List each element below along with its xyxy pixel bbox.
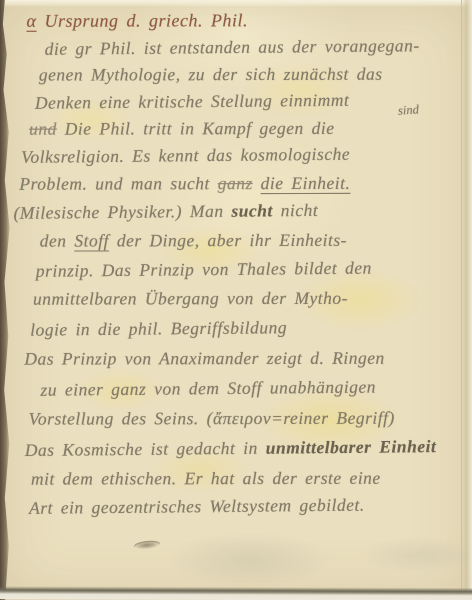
scanned-page: α Ursprung d. griech. Phil.die gr Phil. … <box>0 0 472 600</box>
text-segment: den <box>40 231 75 251</box>
text-segment-bold: unmittelbarer Einheit <box>266 436 437 458</box>
text-segment: zu einer ganz von dem Stoff unabhängigen <box>40 377 376 400</box>
text-segment: Das Prinzip von Anaximander zeigt d. Rin… <box>24 348 385 369</box>
text-segment: Problem. und man sucht <box>19 173 217 194</box>
manuscript-heading-line: α Ursprung d. griech. Phil. <box>27 10 249 32</box>
text-segment-strike: ganz <box>218 173 253 193</box>
text-segment: die gr Phil. ist entstanden aus der vora… <box>45 35 420 59</box>
text-segment: prinzip. Das Prinzip von Thales bildet d… <box>36 258 372 281</box>
manuscript-line: genen Mythologie, zu der sich zunächst d… <box>39 64 383 86</box>
text-segment: Ursprung d. griech. Phil. <box>36 10 248 31</box>
text-segment: Art ein geozentrisches Weltsystem gebild… <box>29 495 365 518</box>
text-segment: Das Kosmische ist gedacht in <box>25 438 266 460</box>
text-segment: nicht <box>273 200 319 220</box>
manuscript-line: Volksreligion. Es kennt das kosmologisch… <box>21 144 350 168</box>
manuscript-line: zu einer ganz von dem Stoff unabhängigen <box>40 377 376 401</box>
page-edge-top <box>0 0 472 7</box>
manuscript-line: logie in die phil. Begriffsbildung <box>30 317 287 340</box>
text-segment: der Dinge, aber ihr Einheits- <box>109 230 347 251</box>
text-segment: Volksreligion. Es kennt das kosmologisch… <box>21 144 350 167</box>
manuscript-line: Vorstellung des Seins. (ἄπειρον=reiner B… <box>29 408 395 430</box>
manuscript-line: Das Prinzip von Anaximander zeigt d. Rin… <box>24 348 385 370</box>
text-segment: logie in die phil. Begriffsbildung <box>30 317 287 339</box>
manuscript-line: den Stoff der Dinge, aber ihr Einheits- <box>40 230 347 252</box>
page-edge-bottom <box>0 586 472 600</box>
manuscript-line: Problem. und man sucht ganz die Einheit. <box>19 173 350 195</box>
text-segment: Vorstellung des Seins. (ἄπειρον=reiner B… <box>29 408 395 429</box>
manuscript-line: prinzip. Das Prinzip von Thales bildet d… <box>36 258 372 282</box>
text-segment: unmittelbaren Übergang von der Mytho- <box>33 288 348 309</box>
text-segment-bold: sucht <box>231 200 273 220</box>
manuscript-lines: α Ursprung d. griech. Phil.die gr Phil. … <box>0 0 472 600</box>
manuscript-line: mit dem ethischen. Er hat als der erste … <box>31 468 381 490</box>
text-segment: (Milesische Physiker.) Man <box>13 201 231 223</box>
text-segment: mit dem ethischen. Er hat als der erste … <box>31 468 381 489</box>
interline-insertion: sind <box>398 102 420 118</box>
manuscript-line: Denken eine kritische Stellung einnimmt <box>35 90 350 114</box>
manuscript-line: unmittelbaren Übergang von der Mytho- <box>33 288 348 310</box>
manuscript-line: Das Kosmische ist gedacht in unmittelbar… <box>25 436 437 461</box>
text-segment: genen Mythologie, zu der sich zunächst d… <box>39 64 383 85</box>
text-segment-underline: Stoff <box>74 230 109 250</box>
text-segment-strike: und <box>29 119 57 139</box>
text-segment-underline: α <box>27 11 37 31</box>
page-edge-right <box>461 0 472 600</box>
text-segment-underline: die Einheit. <box>261 173 351 193</box>
manuscript-line: Art ein geozentrisches Weltsystem gebild… <box>29 495 365 519</box>
manuscript-line: und Die Phil. tritt in Kampf gegen die <box>29 118 334 140</box>
text-segment: Denken eine kritische Stellung einnimmt <box>35 90 350 113</box>
text-segment: Die Phil. tritt in Kampf gegen die <box>57 118 335 139</box>
manuscript-line: (Milesische Physiker.) Man sucht nicht <box>13 200 318 224</box>
manuscript-line: die gr Phil. ist entstanden aus der vora… <box>45 35 420 60</box>
